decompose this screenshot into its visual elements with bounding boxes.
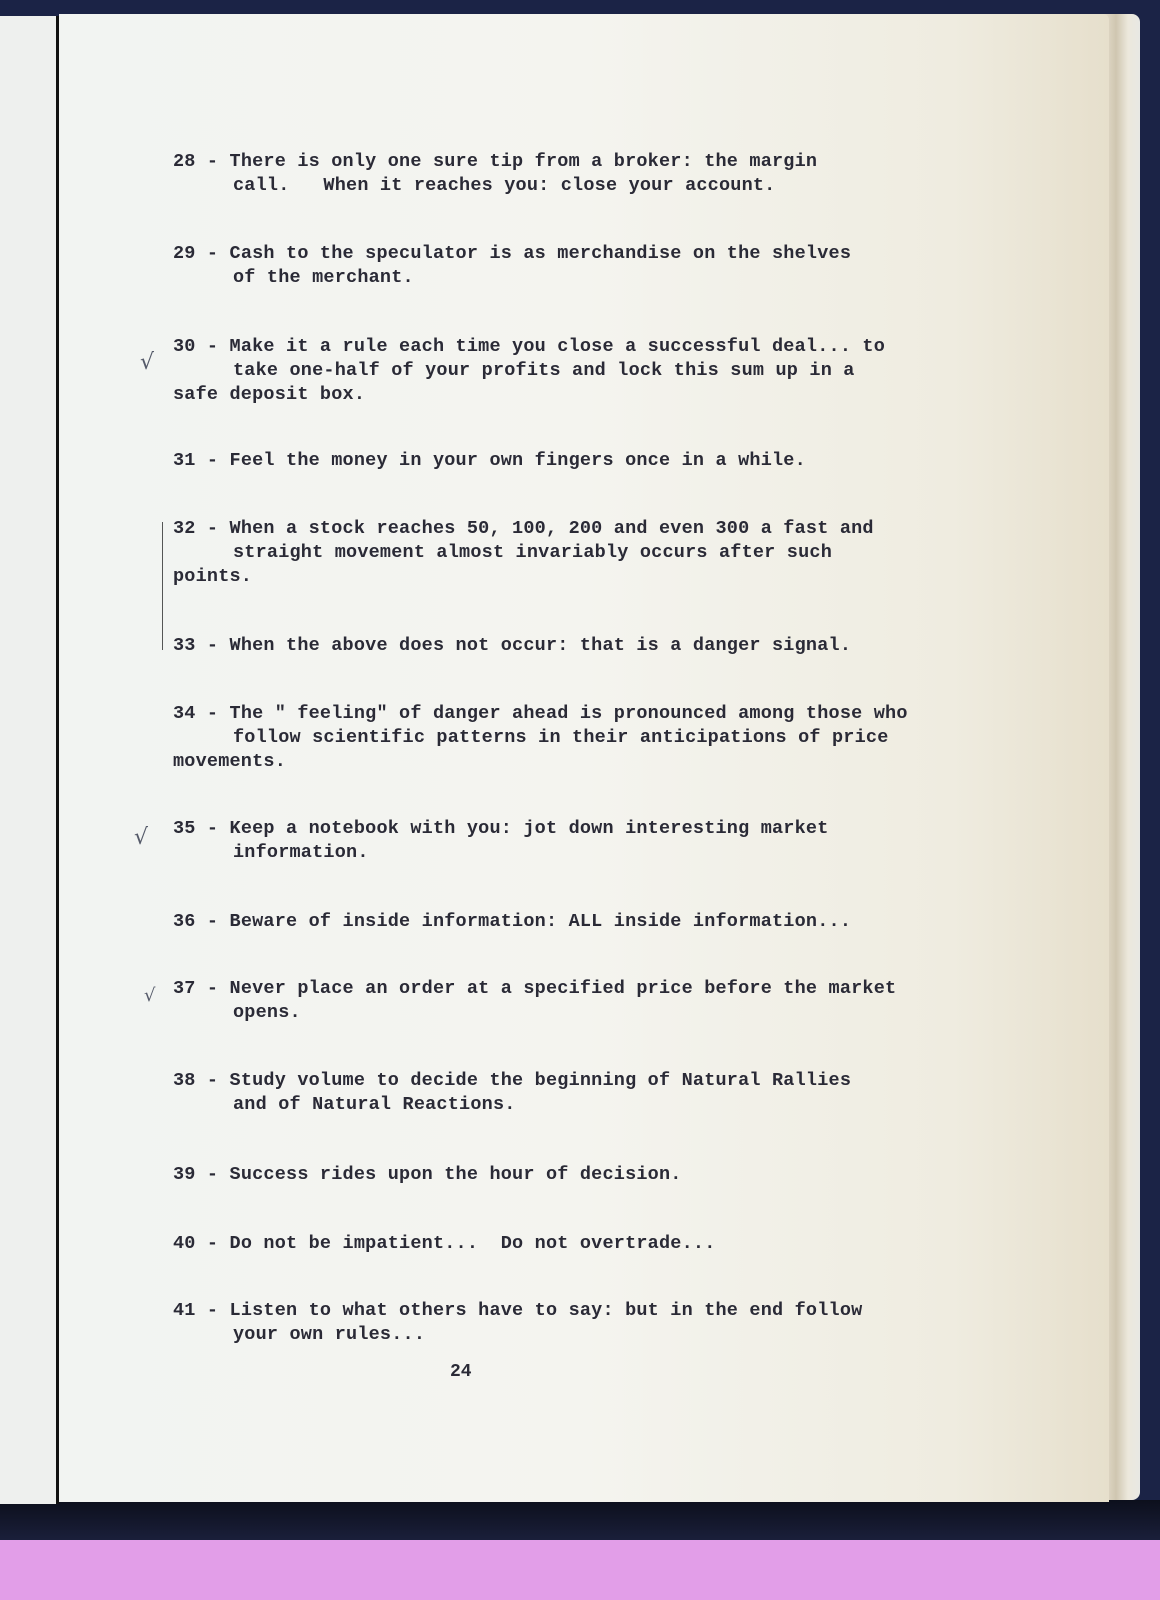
rule-continuation-line: straight movement almost invariably occu… — [173, 541, 1010, 565]
rule-wrap-line: safe deposit box. — [173, 383, 1010, 407]
book-cover-edge — [0, 1500, 1160, 1540]
rule-item: 38 - Study volume to decide the beginnin… — [173, 1069, 1010, 1117]
rule-continuation-line: call. When it reaches you: close your ac… — [173, 174, 1010, 198]
checkmark-icon: √ — [140, 350, 154, 375]
rule-first-line: 36 - Beware of inside information: ALL i… — [173, 910, 1010, 934]
rule-wrap-line: points. — [173, 565, 1010, 589]
rule-item: 35 - Keep a notebook with you: jot down … — [173, 817, 1010, 865]
rule-item: 28 - There is only one sure tip from a b… — [173, 150, 1010, 198]
rule-first-line: 39 - Success rides upon the hour of deci… — [173, 1163, 1010, 1187]
rule-item: 34 - The " feeling" of danger ahead is p… — [173, 702, 1010, 774]
margin-annotation-line — [162, 522, 163, 650]
left-page-edge — [0, 16, 58, 1504]
rule-first-line: 35 - Keep a notebook with you: jot down … — [173, 817, 1010, 841]
rule-first-line: 40 - Do not be impatient... Do not overt… — [173, 1232, 1010, 1256]
rule-wrap-line: movements. — [173, 750, 1010, 774]
rule-first-line: 37 - Never place an order at a specified… — [173, 977, 1010, 1001]
rule-item: 33 - When the above does not occur: that… — [173, 634, 1010, 658]
rule-first-line: 34 - The " feeling" of danger ahead is p… — [173, 702, 1010, 726]
rule-continuation-line: your own rules... — [173, 1323, 1010, 1347]
checkmark-icon: √ — [144, 985, 155, 1006]
rule-first-line: 29 - Cash to the speculator is as mercha… — [173, 242, 1010, 266]
rule-item: 40 - Do not be impatient... Do not overt… — [173, 1232, 1010, 1256]
rule-item: 37 - Never place an order at a specified… — [173, 977, 1010, 1025]
book-gutter — [56, 16, 59, 1504]
rule-item: 29 - Cash to the speculator is as mercha… — [173, 242, 1010, 290]
rule-continuation-line: take one-half of your profits and lock t… — [173, 359, 1010, 383]
rule-continuation-line: information. — [173, 841, 1010, 865]
rule-item: 41 - Listen to what others have to say: … — [173, 1299, 1010, 1347]
rule-item: 30 - Make it a rule each time you close … — [173, 335, 1010, 407]
rule-first-line: 41 - Listen to what others have to say: … — [173, 1299, 1010, 1323]
rule-continuation-line: follow scientific patterns in their anti… — [173, 726, 1010, 750]
checkmark-icon: √ — [134, 825, 148, 850]
rule-item: 31 - Feel the money in your own fingers … — [173, 449, 1010, 473]
rule-item: 32 - When a stock reaches 50, 100, 200 a… — [173, 517, 1010, 589]
rule-first-line: 28 - There is only one sure tip from a b… — [173, 150, 1010, 174]
rule-item: 39 - Success rides upon the hour of deci… — [173, 1163, 1010, 1187]
rule-first-line: 33 - When the above does not occur: that… — [173, 634, 1010, 658]
rule-continuation-line: opens. — [173, 1001, 1010, 1025]
page-number: 24 — [450, 1362, 472, 1382]
rule-first-line: 38 - Study volume to decide the beginnin… — [173, 1069, 1010, 1093]
rule-continuation-line: of the merchant. — [173, 266, 1010, 290]
rule-first-line: 31 - Feel the money in your own fingers … — [173, 449, 1010, 473]
rule-item: 36 - Beware of inside information: ALL i… — [173, 910, 1010, 934]
rule-continuation-line: and of Natural Reactions. — [173, 1093, 1010, 1117]
rule-first-line: 30 - Make it a rule each time you close … — [173, 335, 1010, 359]
rule-first-line: 32 - When a stock reaches 50, 100, 200 a… — [173, 517, 1010, 541]
